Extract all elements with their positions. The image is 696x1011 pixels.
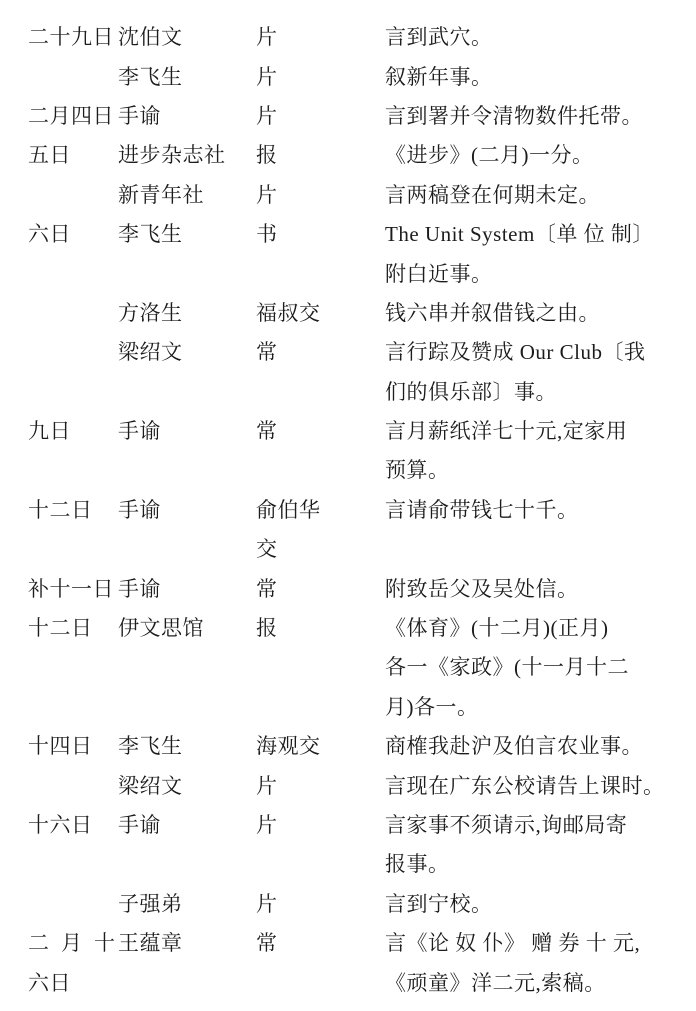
correspondent-cell: 李飞生 — [118, 736, 256, 757]
type-cell: 片 — [256, 894, 385, 915]
correspondent-cell: 沈伯文 — [118, 27, 256, 48]
content-cell: 预算。 — [385, 460, 666, 481]
content-cell: 言家事不须请示,询邮局寄 — [385, 815, 666, 836]
date-cell: 二 月 十 — [28, 933, 118, 954]
log-line: 报事。 — [28, 845, 666, 884]
type-cell: 常 — [256, 342, 385, 363]
type-cell: 报 — [256, 618, 385, 639]
log-line: 十二日 手谕 俞伯华 言请俞带钱七十千。 — [28, 491, 666, 530]
log-line: 十六日 手谕 片 言家事不须请示,询邮局寄 — [28, 806, 666, 845]
type-cell: 书 — [256, 224, 385, 245]
log-line: 方洛生 福叔交 钱六串并叙借钱之由。 — [28, 294, 666, 333]
log-line: 附白近事。 — [28, 254, 666, 293]
correspondent-cell: 手谕 — [118, 106, 256, 127]
content-cell: 《进步》(二月)一分。 — [385, 145, 666, 166]
content-cell: 言到署并令清物数件托带。 — [385, 106, 666, 127]
type-cell: 常 — [256, 933, 385, 954]
type-cell: 俞伯华 — [256, 500, 385, 521]
date-cell: 十六日 — [28, 815, 118, 836]
content-cell: 言到武穴。 — [385, 27, 666, 48]
type-cell: 常 — [256, 579, 385, 600]
log-line: 们的俱乐部〕事。 — [28, 373, 666, 412]
correspondent-cell: 王蕴章 — [118, 933, 256, 954]
content-cell: 言两稿登在何期未定。 — [385, 185, 666, 206]
date-cell: 六日 — [28, 973, 118, 994]
correspondent-cell: 手谕 — [118, 579, 256, 600]
type-cell: 报 — [256, 145, 385, 166]
correspondent-cell: 梁绍文 — [118, 776, 256, 797]
log-line: 梁绍文 常 言行踪及赞成 Our Club〔我 — [28, 333, 666, 372]
log-line: 十二日 伊文思馆 报 《体育》(十二月)(正月) — [28, 609, 666, 648]
content-cell: 钱六串并叙借钱之由。 — [385, 303, 666, 324]
type-cell: 福叔交 — [256, 303, 385, 324]
log-line: 梁绍文 片 言现在广东公校请告上课时。 — [28, 766, 666, 805]
correspondent-cell: 手谕 — [118, 500, 256, 521]
correspondent-cell: 新青年社 — [118, 185, 256, 206]
log-line: 月)各一。 — [28, 688, 666, 727]
content-cell: 附白近事。 — [385, 264, 666, 285]
correspondent-cell: 李飞生 — [118, 224, 256, 245]
date-cell: 五日 — [28, 145, 118, 166]
log-line: 补十一日 手谕 常 附致岳父及吴处信。 — [28, 569, 666, 608]
type-cell: 片 — [256, 815, 385, 836]
log-line: 十四日 李飞生 海观交 商榷我赴沪及伯言农业事。 — [28, 727, 666, 766]
date-cell: 二月四日 — [28, 106, 118, 127]
log-line: 六日 《顽童》洋二元,索稿。 — [28, 963, 666, 1002]
content-cell: 商榷我赴沪及伯言农业事。 — [385, 736, 666, 757]
content-cell: 们的俱乐部〕事。 — [385, 382, 666, 403]
correspondent-cell: 手谕 — [118, 421, 256, 442]
log-line: 六日 李飞生 书 The Unit System〔单 位 制〕 — [28, 215, 666, 254]
content-cell: 报事。 — [385, 854, 666, 875]
date-cell: 二十九日 — [28, 27, 118, 48]
content-cell: 《体育》(十二月)(正月) — [385, 618, 666, 639]
log-line: 子强弟 片 言到宁校。 — [28, 885, 666, 924]
date-cell: 补十一日 — [28, 579, 118, 600]
date-cell: 九日 — [28, 421, 118, 442]
content-cell: 言到宁校。 — [385, 894, 666, 915]
type-cell: 片 — [256, 776, 385, 797]
correspondent-cell: 子强弟 — [118, 894, 256, 915]
content-cell: 言请俞带钱七十千。 — [385, 500, 666, 521]
type-cell: 海观交 — [256, 736, 385, 757]
content-cell: 言行踪及赞成 Our Club〔我 — [385, 342, 666, 363]
log-line: 各一《家政》(十一月十二 — [28, 648, 666, 687]
type-cell: 常 — [256, 421, 385, 442]
type-cell: 片 — [256, 27, 385, 48]
content-cell: 言现在广东公校请告上课时。 — [385, 776, 666, 797]
date-cell: 十四日 — [28, 736, 118, 757]
content-cell: 月)各一。 — [385, 697, 666, 718]
content-cell: 附致岳父及吴处信。 — [385, 579, 666, 600]
type-cell: 片 — [256, 106, 385, 127]
date-cell: 十二日 — [28, 500, 118, 521]
content-cell: 各一《家政》(十一月十二 — [385, 657, 666, 678]
content-cell: 言月薪纸洋七十元,定家用 — [385, 421, 666, 442]
log-line: 九日 手谕 常 言月薪纸洋七十元,定家用 — [28, 412, 666, 451]
correspondent-cell: 进步杂志社 — [118, 145, 256, 166]
content-cell: 叙新年事。 — [385, 67, 666, 88]
content-cell: 《顽童》洋二元,索稿。 — [385, 973, 666, 994]
log-line: 预算。 — [28, 451, 666, 490]
date-cell: 六日 — [28, 224, 118, 245]
log-line: 二 月 十 王蕴章 常 言《论 奴 仆》 赠 券 十 元, — [28, 924, 666, 963]
log-line: 二十九日 沈伯文 片 言到武穴。 — [28, 18, 666, 57]
date-cell: 十二日 — [28, 618, 118, 639]
type-cell: 片 — [256, 185, 385, 206]
content-cell: The Unit System〔单 位 制〕 — [385, 224, 666, 245]
log-line: 新青年社 片 言两稿登在何期未定。 — [28, 176, 666, 215]
log-line: 李飞生 片 叙新年事。 — [28, 57, 666, 96]
type-cell: 交 — [256, 539, 385, 560]
log-line: 五日 进步杂志社 报 《进步》(二月)一分。 — [28, 136, 666, 175]
log-line: 交 — [28, 530, 666, 569]
document-page: 二十九日 沈伯文 片 言到武穴。 李飞生 片 叙新年事。 二月四日 手谕 片 言… — [0, 0, 696, 1003]
correspondent-cell: 方洛生 — [118, 303, 256, 324]
correspondent-cell: 伊文思馆 — [118, 618, 256, 639]
content-cell: 言《论 奴 仆》 赠 券 十 元, — [385, 933, 666, 954]
log-line: 二月四日 手谕 片 言到署并令清物数件托带。 — [28, 97, 666, 136]
type-cell: 片 — [256, 67, 385, 88]
correspondent-cell: 梁绍文 — [118, 342, 256, 363]
correspondent-cell: 李飞生 — [118, 67, 256, 88]
correspondent-cell: 手谕 — [118, 815, 256, 836]
